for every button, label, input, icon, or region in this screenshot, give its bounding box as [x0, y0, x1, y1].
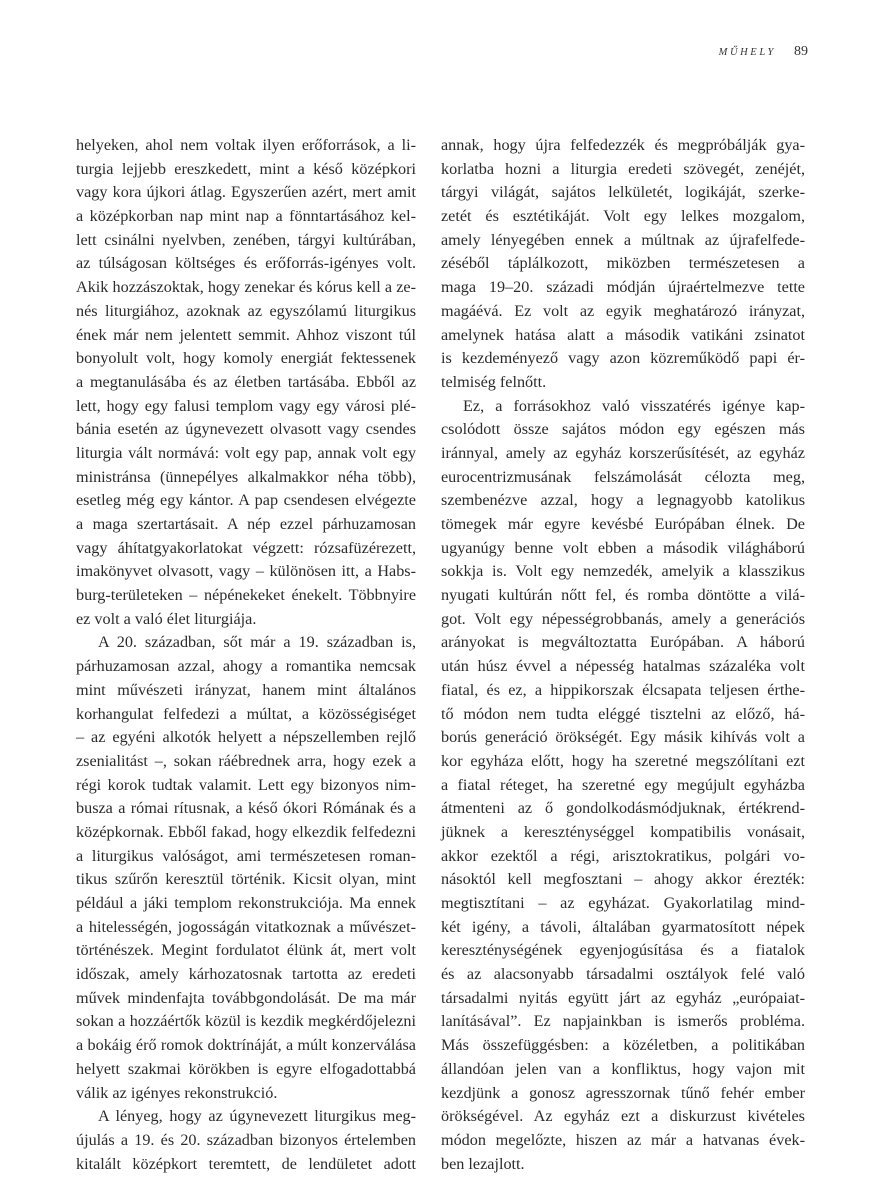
text-line: a bokáig érő romok doktrínáját, a múlt k…: [76, 1034, 416, 1058]
text-line: amely lényegében ennek a múltnak az újra…: [441, 229, 805, 253]
text-line: ugyanúgy benne volt ebben a második vilá…: [441, 537, 805, 561]
running-head: MŰHELY 89: [0, 44, 808, 64]
left-column: helyeken, ahol nem voltak ilyen erőforrá…: [76, 134, 416, 1176]
text-line: sokan a hozzáértők közül is kezdik megké…: [76, 1010, 416, 1034]
text-line: maga 19–20. századi módján újraértelmezv…: [441, 276, 805, 300]
text-line: az túlságosan költséges és erőforrás-igé…: [76, 252, 416, 276]
text-line: magáévá. Ez volt az egyik meghatározó ir…: [441, 300, 805, 324]
text-line: a maga szertartásait. A nép ezzel párhuz…: [76, 513, 416, 537]
text-line: tő módon nem tudta eléggé tisztelni az e…: [441, 703, 805, 727]
text-line: után húsz évvel a népesség hatalmas száz…: [441, 655, 805, 679]
text-line: állandóan jelen van a konfliktus, hogy v…: [441, 1058, 805, 1082]
text-line: sokkja is. Volt egy nemzedék, amelyik a …: [441, 560, 805, 584]
text-line: örökségével. Az egyház ezt a diskurzust …: [441, 1105, 805, 1129]
text-line: nyugati kultúrán nőtt fel, és romba dönt…: [441, 584, 805, 608]
text-line: ministránsa (ünnepélyes alkalmakkor néha…: [76, 466, 416, 490]
text-line: a megtanulásába és az életben tartásába.…: [76, 371, 416, 395]
text-line: kereszténységének egyenjogúsítása és a f…: [441, 939, 805, 963]
text-line: Más összefüggésben: a közéletben, a poli…: [441, 1034, 805, 1058]
text-line: Ez, a forrásokhoz való visszatérés igény…: [441, 395, 805, 419]
text-line: tárgyi világát, sajátos lelkületét, logi…: [441, 181, 805, 205]
text-line: bonyolult volt, hogy komoly energiát fek…: [76, 347, 416, 371]
text-line: a hitelességén, jogosságán vitatkoznak a…: [76, 916, 416, 940]
text-line: régi korok tudtak valamit. Lett egy bizo…: [76, 774, 416, 798]
text-line: ének már nem jelentett semmit. Ahhoz vis…: [76, 324, 416, 348]
text-line: Akik hozzászoktak, hogy zenekar és kórus…: [76, 276, 416, 300]
text-line: tömegek már egyre kevésbé Európában élne…: [441, 513, 805, 537]
text-line: helyeken, ahol nem voltak ilyen erőforrá…: [76, 134, 416, 158]
text-line: a liturgikus valóságot, ami természetese…: [76, 845, 416, 869]
text-line: tikus szűrőn keresztül történik. Kicsit …: [76, 868, 416, 892]
text-line: ben lezajlott.: [441, 1153, 805, 1177]
text-line: arányokat is megváltoztatta Európában. A…: [441, 631, 805, 655]
text-line: A lényeg, hogy az úgynevezett liturgikus…: [76, 1105, 416, 1129]
text-line: zetét és esztétikáját. Volt egy lelkes m…: [441, 205, 805, 229]
text-line: iránnyal, amely az egyház korszerűsítésé…: [441, 442, 805, 466]
text-line: – az egyéni alkotók helyett a népszellem…: [76, 726, 416, 750]
text-line: kezdjünk a gonosz agresszornak tűnő fehé…: [441, 1082, 805, 1106]
text-line: jüknek a kereszténységgel kompatibilis v…: [441, 821, 805, 845]
text-line: művek mindenfajta továbbgondolását. De m…: [76, 987, 416, 1011]
text-line: válik az igényes rekonstrukció.: [76, 1082, 416, 1106]
text-line: párhuzamosan azzal, ahogy a romantika ne…: [76, 655, 416, 679]
text-line: kor egyháza előtt, hogy ha szeretné megs…: [441, 750, 805, 774]
right-column: annak, hogy újra felfedezzék és megpróbá…: [441, 134, 805, 1176]
text-line: akkor ezektől a régi, arisztokratikus, p…: [441, 845, 805, 869]
text-line: vagy kora újkori átlag. Egyszerűen azért…: [76, 181, 416, 205]
text-line: korlatba hozni a liturgia eredeti szöveg…: [441, 158, 805, 182]
text-line: a középkorban nap mint nap a fönntartásá…: [76, 205, 416, 229]
text-line: turgia lejjebb ereszkedett, mint a késő …: [76, 158, 416, 182]
text-line: fiatal, és ez, a hippikorszak élcsapata …: [441, 679, 805, 703]
text-line: helyett szakmai körökben is egyre elfoga…: [76, 1058, 416, 1082]
text-line: eurocentrizmusának felszámolását célozta…: [441, 466, 805, 490]
text-line: társadalmi nyitás együtt járt az egyház …: [441, 987, 805, 1011]
text-line: mint művészeti irányzat, hanem mint álta…: [76, 679, 416, 703]
text-line: busza a római rítusnak, a késő ókori Róm…: [76, 797, 416, 821]
section-name: MŰHELY: [719, 47, 776, 58]
text-line: esetleg még egy kántor. A pap csendesen …: [76, 489, 416, 513]
text-line: átmenteni az ő gondolkodásmódjuknak, ért…: [441, 797, 805, 821]
page-number: 89: [794, 44, 808, 60]
text-line: A 20. században, sőt már a 19. században…: [76, 631, 416, 655]
text-line: két igény, a távoli, általában gyarmatos…: [441, 916, 805, 940]
text-line: borús generáció örökségét. Egy másik kih…: [441, 726, 805, 750]
text-line: bánia esetén az úgynevezett olvasott vag…: [76, 418, 416, 442]
text-line: burg-területeken – népénekeket énekelt. …: [76, 584, 416, 608]
text-line: középkornak. Ebből fakad, hogy elkezdik …: [76, 821, 416, 845]
text-line: telmiség felnőtt.: [441, 371, 805, 395]
text-line: annak, hogy újra felfedezzék és megpróbá…: [441, 134, 805, 158]
text-line: is kezdeményező vagy azon közreműködő pa…: [441, 347, 805, 371]
text-line: lett csinálni nyelvben, zenében, tárgyi …: [76, 229, 416, 253]
text-line: lanításával”. Ez napjainkban is ismerős …: [441, 1010, 805, 1034]
text-line: korhangulat felfedezi a múltat, a közöss…: [76, 703, 416, 727]
text-line: módon megelőzte, hiszen az már a hatvana…: [441, 1129, 805, 1153]
text-line: megtisztítani – az egyházat. Gyakorlatil…: [441, 892, 805, 916]
text-line: got. Volt egy népességrobbanás, amely a …: [441, 608, 805, 632]
text-line: például a jáki templom rekonstrukciója. …: [76, 892, 416, 916]
text-line: újulás a 19. és 20. században bizonyos é…: [76, 1129, 416, 1153]
text-line: a fiatal réteget, ha szeretné egy megúju…: [441, 774, 805, 798]
text-line: zéséből táplálkozott, miközben természet…: [441, 252, 805, 276]
text-line: történészek. Megint fordulatot élünk át,…: [76, 939, 416, 963]
text-line: nés liturgiához, azoknak az egyszólamú l…: [76, 300, 416, 324]
text-line: kitalált középkort teremtett, de lendüle…: [76, 1153, 416, 1177]
text-line: és az alacsonyabb társadalmi osztályok f…: [441, 963, 805, 987]
text-line: időszak, amely kárhozatosnak tartotta az…: [76, 963, 416, 987]
text-line: ez volt a való élet liturgiája.: [76, 608, 416, 632]
text-line: lett, hogy egy falusi templom vagy egy v…: [76, 395, 416, 419]
text-line: szembenézve azzal, hogy a legnagyobb kat…: [441, 489, 805, 513]
text-line: liturgia vált normává: volt egy pap, ann…: [76, 442, 416, 466]
text-line: imakönyvet olvasott, vagy – különösen it…: [76, 560, 416, 584]
text-line: csolódott össze sajátos módon egy egésze…: [441, 418, 805, 442]
text-line: zsenialitást –, sokan ráébrednek arra, h…: [76, 750, 416, 774]
text-line: násoktól kell megfosztani – ahogy akkor …: [441, 868, 805, 892]
text-line: vagy áhítatgyakorlatokat végzett: rózsaf…: [76, 537, 416, 561]
text-line: amelynek hatása alatt a második vatikáni…: [441, 324, 805, 348]
